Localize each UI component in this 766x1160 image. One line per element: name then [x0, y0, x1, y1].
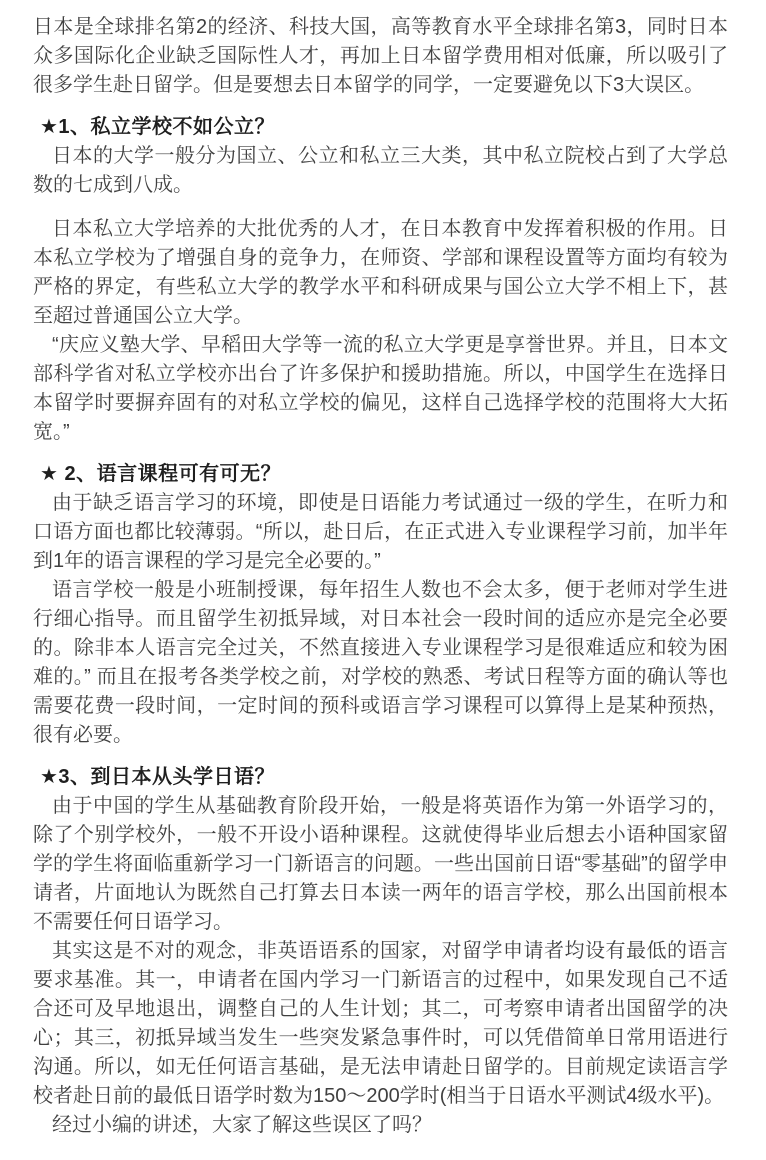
section-language-course: ★ 2、语言课程可有可无？ 由于缺乏语言学习的环境，即使是日语能力考试通过一级的… [33, 460, 728, 750]
section-learn-japanese-from-scratch: ★3、到日本从头学日语？ 由于中国的学生从基础教育阶段开始，一般是将英语作为第一… [33, 763, 728, 1140]
article-page: 日本是全球排名第2的经济、科技大国，高等教育水平全球排名第3，同时日本众多国际化… [0, 0, 766, 1160]
paragraph: 语言学校一般是小班制授课，每年招生人数也不会太多，便于老师对学生进行细心指导。而… [33, 576, 728, 750]
paragraph: 由于缺乏语言学习的环境，即使是日语能力考试通过一级的学生，在听力和口语方面也都比… [33, 489, 728, 576]
section-heading-2: ★ 2、语言课程可有可无？ [33, 460, 728, 489]
paragraph: 由于中国的学生从基础教育阶段开始，一般是将英语作为第一外语学习的，除了个别学校外… [33, 792, 728, 937]
paragraph: 日本的大学一般分为国立、公立和私立三大类，其中私立院校占到了大学总数的七成到八成… [33, 142, 728, 200]
section-private-vs-public: ★1、私立学校不如公立？ 日本的大学一般分为国立、公立和私立三大类，其中私立院校… [33, 113, 728, 447]
paragraph: 其实这是不对的观念，非英语语系的国家，对留学申请者均设有最低的语言要求基准。其一… [33, 937, 728, 1111]
section-heading-1: ★1、私立学校不如公立？ [33, 113, 728, 142]
paragraph: “庆应义塾大学、早稻田大学等一流的私立大学更是享誉世界。并且，日本文部科学省对私… [33, 331, 728, 447]
section-heading-3: ★3、到日本从头学日语？ [33, 763, 728, 792]
intro-paragraph: 日本是全球排名第2的经济、科技大国，高等教育水平全球排名第3，同时日本众多国际化… [33, 13, 728, 100]
paragraph: 日本私立大学培养的大批优秀的人才，在日本教育中发挥着积极的作用。日本私立学校为了… [33, 215, 728, 331]
closing-paragraph: 经过小编的讲述，大家了解这些误区了吗？ [33, 1111, 728, 1140]
